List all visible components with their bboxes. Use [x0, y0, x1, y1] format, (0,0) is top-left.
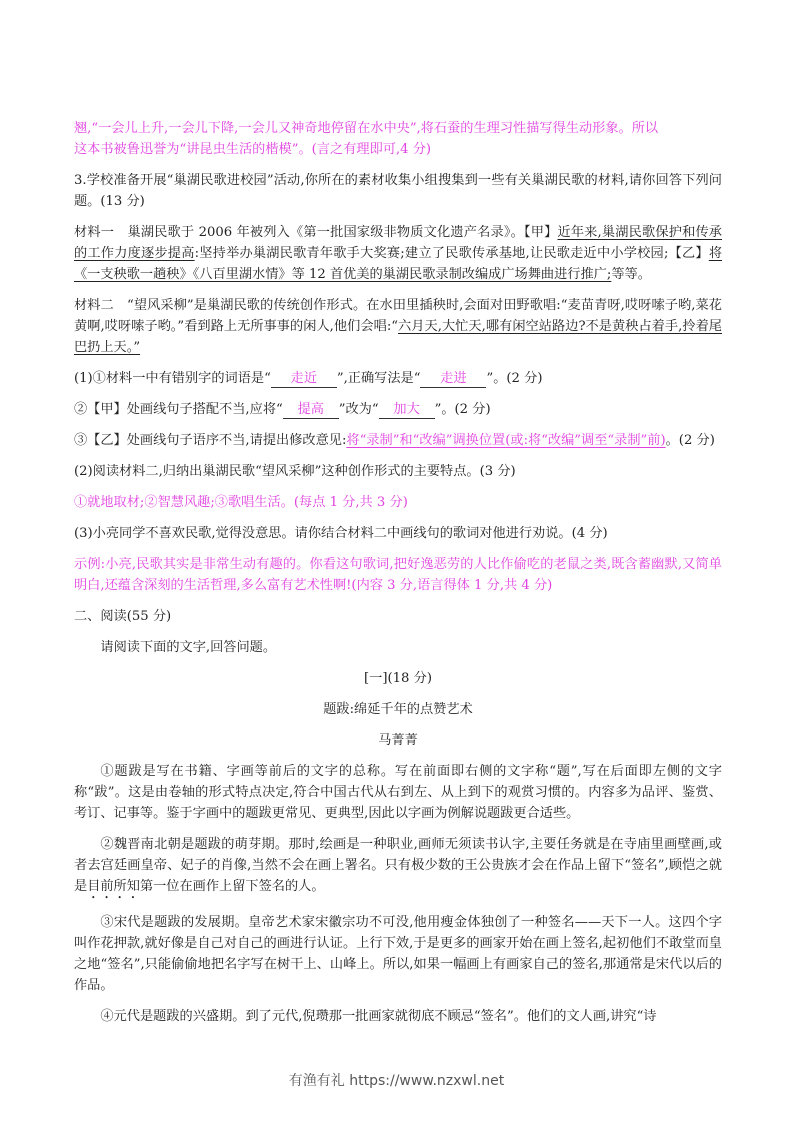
sub-question-3-prompt: (3)小亮同学不喜欢民歌,觉得没意思。请你结合材料二中画线句的歌词对他进行劝说。…: [74, 523, 722, 544]
paragraph-3: ③宋代是题跋的发展期。皇帝艺术家宋徽宗功不可没,他用瘦金体独创了一种签名——天下…: [74, 912, 722, 996]
sub-question-2-answer: ①就地取材;②智慧风趣;③歌唱生活。(每点 1 分,共 3 分): [74, 492, 722, 513]
section-2-heading: 二、阅读(55 分): [74, 606, 722, 627]
sub-question-1-3: ③【乙】处画线句子语序不当,请提出修改意见:将“录制”和“改编”调换位置(或:将…: [74, 430, 722, 451]
answer-blank-correct-word: 走进: [420, 371, 486, 388]
reading-instruction: 请阅读下面的文字,回答问题。: [74, 637, 722, 658]
paragraph-4: ④元代是题跋的兴盛期。到了元代,倪瓒那一批画家就彻底不顾忌“签名”。他们的文人画…: [74, 1006, 722, 1027]
material-2: 材料二 “望风采柳”是巢湖民歌的传统创作形式。在水田里插秧时,会面对田野歌唱:“…: [74, 295, 722, 358]
answer-line-1: 翘,“一会儿上升,一会儿下降,一会儿又神奇地停留在水中央”,将石蚕的生理习性描写…: [74, 118, 722, 139]
question-3-prompt: 3.学校准备开展“巢湖民歌进校园”活动,你所在的素材收集小组搜集到一些有关巢湖民…: [74, 170, 722, 212]
article-title: 题跋:绵延千年的点赞艺术: [74, 699, 722, 720]
sub-question-3-answer: 示例:小亮,民歌其实是非常生动有趣的。你看这句歌词,把好逸恶劳的人比作偷吃的老鼠…: [74, 554, 722, 596]
material-2-label: 材料二: [74, 298, 114, 313]
answer-order-fix: 将“录制”和“改编”调换位置(或:将“改编”调至“录制”前): [346, 433, 665, 448]
answer-blank-from: 提高: [283, 402, 339, 419]
sub-question-2-prompt: (2)阅读材料二,归纳出巢湖民歌“望风采柳”这种创作形式的主要特点。(3 分): [74, 461, 722, 482]
previous-answer: 翘,“一会儿上升,一会儿下降,一会儿又神奇地停留在水中央”,将石蚕的生理习性描写…: [74, 118, 722, 160]
part-label: [一](18 分): [74, 668, 722, 689]
answer-line-2: 这本书被鲁迅誉为“讲昆虫生活的楷模”。(言之有理即可,4 分): [74, 139, 722, 160]
article-author: 马菁菁: [74, 730, 722, 751]
material-1: 材料一 巢湖民歌于 2006 年被列入《第一批国家级非物质文化遗产名录》。【甲】…: [74, 222, 722, 285]
document-page: 翘,“一会儿上升,一会儿下降,一会儿又神奇地停留在水中央”,将石蚕的生理习性描写…: [74, 118, 722, 1037]
answer-blank-wrong-word: 走近: [271, 371, 337, 388]
answer-blank-to: 加大: [379, 402, 435, 419]
material-1-label: 材料一: [74, 225, 114, 240]
paragraph-1: ①题跋是写在书籍、字画等前后的文字的总称。写在前面即右侧的文字称“题”,写在后面…: [74, 761, 722, 824]
emphasized-phrase: 目前所知: [87, 879, 140, 894]
sub-question-1-2: ②【甲】处画线句子搭配不当,应将“提高”改为“加大”。(2 分): [74, 399, 722, 420]
footer-watermark: 有渔有礼 https://www.nzxwl.net: [0, 1070, 793, 1090]
paragraph-2: ②魏晋南北朝是题跋的萌芽期。那时,绘画是一种职业,画师无须读书认字,主要任务就是…: [74, 834, 722, 902]
sub-question-1-1: (1)①材料一中有错别字的词语是“走近”,正确写法是“走进”。(2 分): [74, 368, 722, 389]
